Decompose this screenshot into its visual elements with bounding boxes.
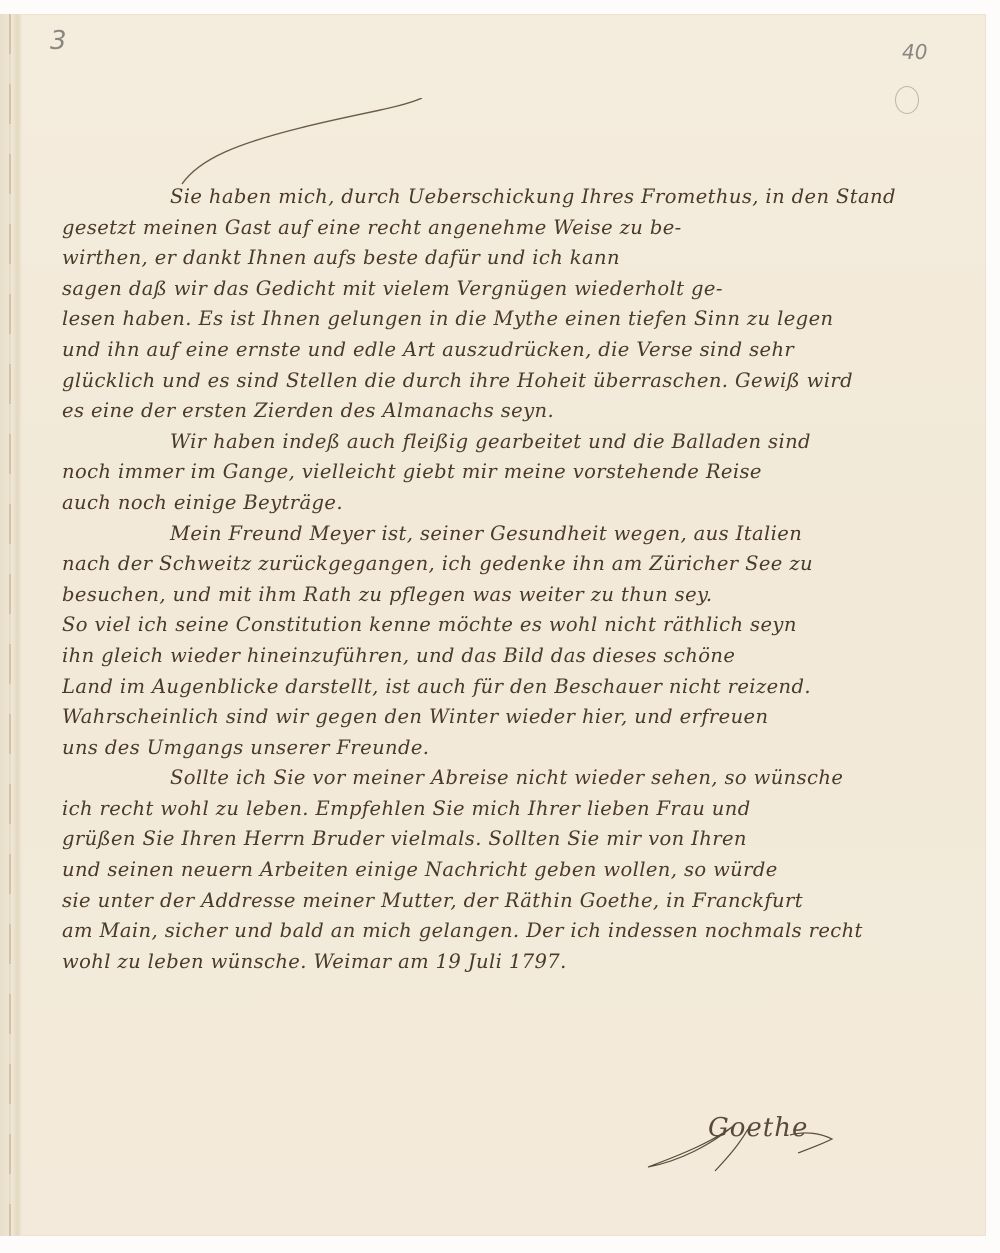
letter-line: noch immer im Gange, vielleicht giebt mi… (62, 457, 972, 488)
letter-line: So viel ich seine Constitution kenne möc… (62, 610, 972, 641)
letter-body: Sie haben mich, durch Ueberschickung Ihr… (62, 182, 972, 977)
letter-line: es eine der ersten Zierden des Almanachs… (62, 396, 972, 427)
folio-number-right: 40 (902, 40, 927, 64)
letter-line: grüßen Sie Ihren Herrn Bruder vielmals. … (62, 824, 972, 855)
letter-line: Land im Augenblicke darstellt, ist auch … (62, 672, 972, 703)
pencil-circle-mark (895, 86, 919, 114)
opening-flourish-stroke (180, 98, 440, 188)
letter-line: gesetzt meinen Gast auf eine recht angen… (62, 213, 972, 244)
folio-number-left: 3 (50, 26, 67, 56)
letter-line: Sollte ich Sie vor meiner Abreise nicht … (62, 763, 972, 794)
signature-name: Goethe (708, 1113, 808, 1143)
letter-line: ihn gleich wieder hineinzuführen, und da… (62, 641, 972, 672)
letter-line: glücklich und es sind Stellen die durch … (62, 366, 972, 397)
letter-line: und ihn auf eine ernste und edle Art aus… (62, 335, 972, 366)
letter-line: sie unter der Addresse meiner Mutter, de… (62, 886, 972, 917)
letter-line: am Main, sicher und bald an mich gelange… (62, 916, 972, 947)
letter-line: besuchen, und mit ihm Rath zu pflegen wa… (62, 580, 972, 611)
binding-edge (0, 14, 22, 1236)
letter-line: uns des Umgangs unserer Freunde. (62, 733, 972, 764)
letter-line: Wahrscheinlich sind wir gegen den Winter… (62, 702, 972, 733)
letter-line: lesen haben. Es ist Ihnen gelungen in di… (62, 304, 972, 335)
letter-line: und seinen neuern Arbeiten einige Nachri… (62, 855, 972, 886)
letter-line: Mein Freund Meyer ist, seiner Gesundheit… (62, 519, 972, 550)
letter-line: nach der Schweitz zurückgegangen, ich ge… (62, 549, 972, 580)
signature: Goethe (640, 1105, 840, 1175)
letter-line: wohl zu leben wünsche. Weimar am 19 Juli… (62, 947, 972, 978)
letter-line: ich recht wohl zu leben. Empfehlen Sie m… (62, 794, 972, 825)
letter-line: auch noch einige Beyträge. (62, 488, 972, 519)
letter-line: wirthen, er dankt Ihnen aufs beste dafür… (62, 243, 972, 274)
letter-line: Wir haben indeß auch fleißig gearbeitet … (62, 427, 972, 458)
letter-line: Sie haben mich, durch Ueberschickung Ihr… (62, 182, 972, 213)
letter-line: sagen daß wir das Gedicht mit vielem Ver… (62, 274, 972, 305)
